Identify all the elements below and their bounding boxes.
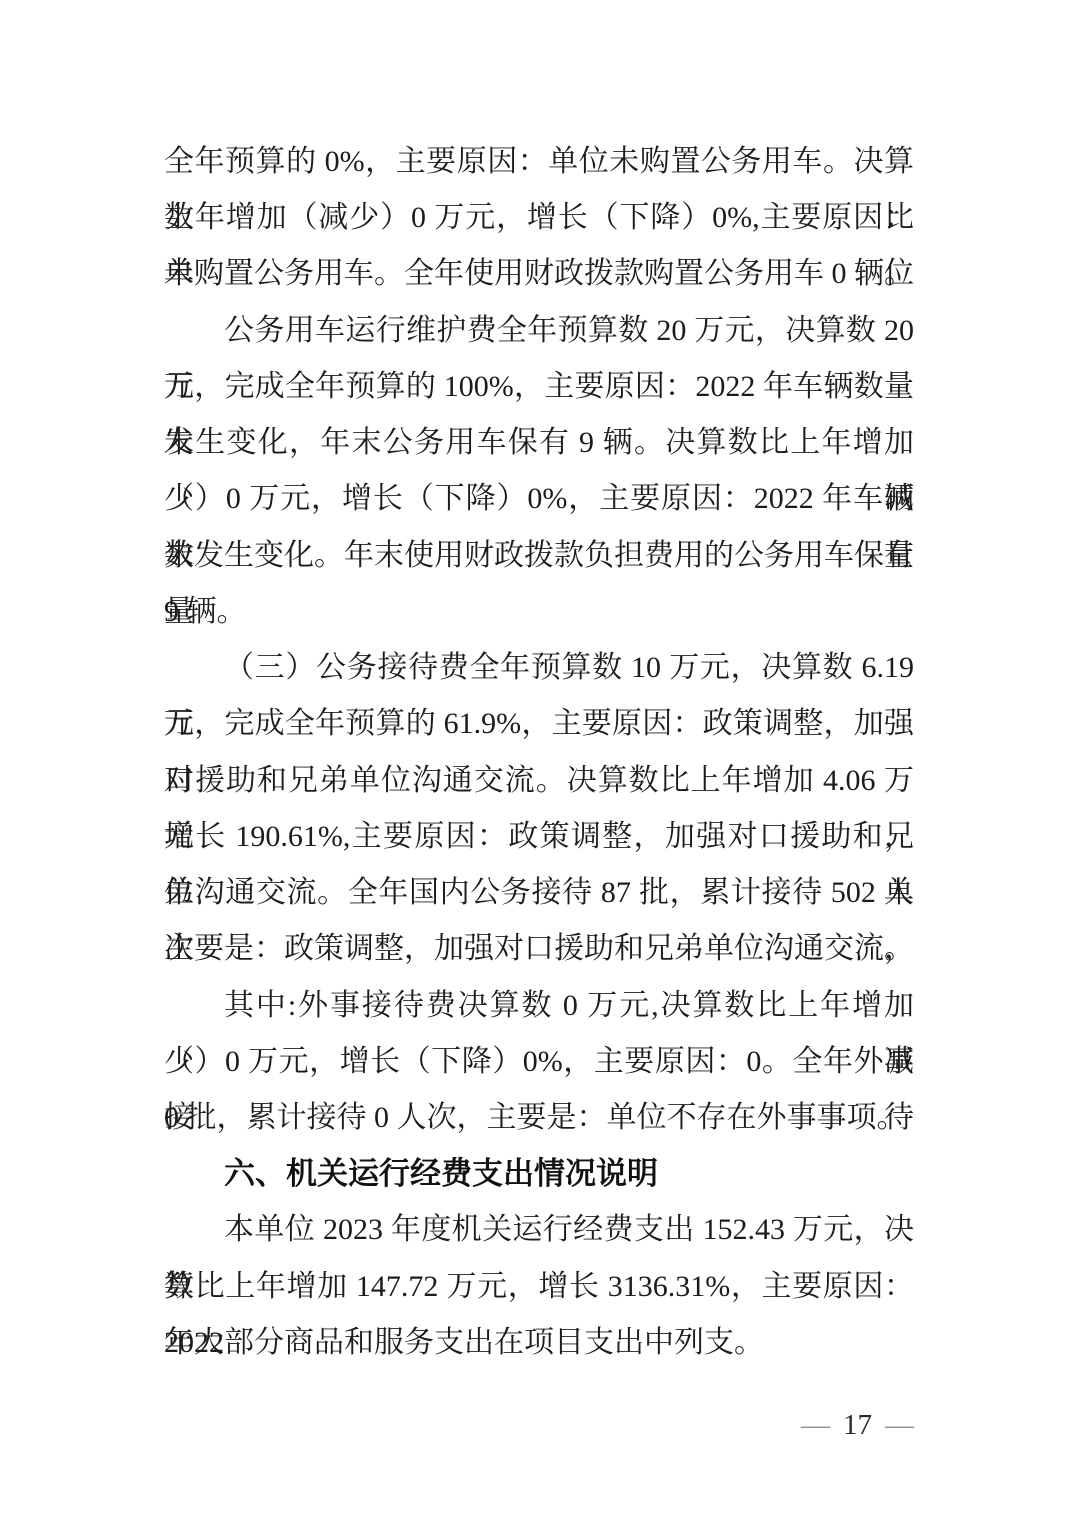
text-line: 上年增加（减少）0 万元，增长（下降）0%,主要原因：单位 bbox=[164, 190, 914, 246]
text-line: 其中:外事接待费决算数 0 万元,决算数比上年增加（减 bbox=[164, 978, 914, 1034]
text-line: 年大部分商品和服务支出在项目支出中列支。 bbox=[164, 1315, 914, 1371]
text-line: 未购置公务用车。全年使用财政拨款购置公务用车 0 辆。 bbox=[164, 246, 914, 302]
text-line: 元，完成全年预算的 100%，主要原因：2022 年车辆数量未 bbox=[164, 359, 914, 415]
text-line: 0 批，累计接待 0 人次，主要是：单位不存在外事事项。 bbox=[164, 1090, 914, 1146]
text-line: 元，完成全年预算的 61.9%，主要原因：政策调整，加强对 bbox=[164, 696, 914, 752]
text-line: 公务用车运行维护费全年预算数 20 万元，决算数 20 万 bbox=[164, 303, 914, 359]
text-line: 全年预算的 0%，主要原因：单位未购置公务用车。决算数比 bbox=[164, 134, 914, 190]
text-line: 数比上年增加 147.72 万元，增长 3136.31%，主要原因：2022 bbox=[164, 1259, 914, 1315]
text-line: 口援助和兄弟单位沟通交流。决算数比上年增加 4.06 万元， bbox=[164, 753, 914, 809]
text-line: 发生变化，年末公务用车保有 9 辆。决算数比上年增加（减 bbox=[164, 415, 914, 471]
footer-dash-right: — bbox=[885, 1409, 914, 1441]
text-line: 9 辆。 bbox=[164, 584, 914, 640]
text-line: （三）公务接待费全年预算数 10 万元，决算数 6.19 万 bbox=[164, 640, 914, 696]
text-line: 未发生变化。年末使用财政拨款负担费用的公务用车保有量 bbox=[164, 528, 914, 584]
page-footer: —17— bbox=[164, 1403, 914, 1447]
document-page: { "document": { "lines": [ { "text": "全年… bbox=[0, 0, 1074, 1520]
footer-dash-left: — bbox=[801, 1409, 830, 1441]
text-line: 主要是：政策调整，加强对口援助和兄弟单位沟通交流。 bbox=[164, 921, 914, 977]
text-line: 少）0 万元，增长（下降）0%，主要原因：2022 年车辆数量 bbox=[164, 471, 914, 527]
text-line: 少）0 万元，增长（下降）0%，主要原因：0。全年外事接待 bbox=[164, 1034, 914, 1090]
text-line: 位沟通交流。全年国内公务接待 87 批，累计接待 502 人次， bbox=[164, 865, 914, 921]
document-content: 全年预算的 0%，主要原因：单位未购置公务用车。决算数比 上年增加（减少）0 万… bbox=[164, 134, 914, 1371]
page-number: 17 bbox=[843, 1409, 872, 1441]
text-line: 增长 190.61%,主要原因：政策调整，加强对口援助和兄弟单 bbox=[164, 809, 914, 865]
section-heading: 六、机关运行经费支出情况说明 bbox=[164, 1146, 914, 1202]
text-line: 本单位 2023 年度机关运行经费支出 152.43 万元，决算 bbox=[164, 1202, 914, 1258]
